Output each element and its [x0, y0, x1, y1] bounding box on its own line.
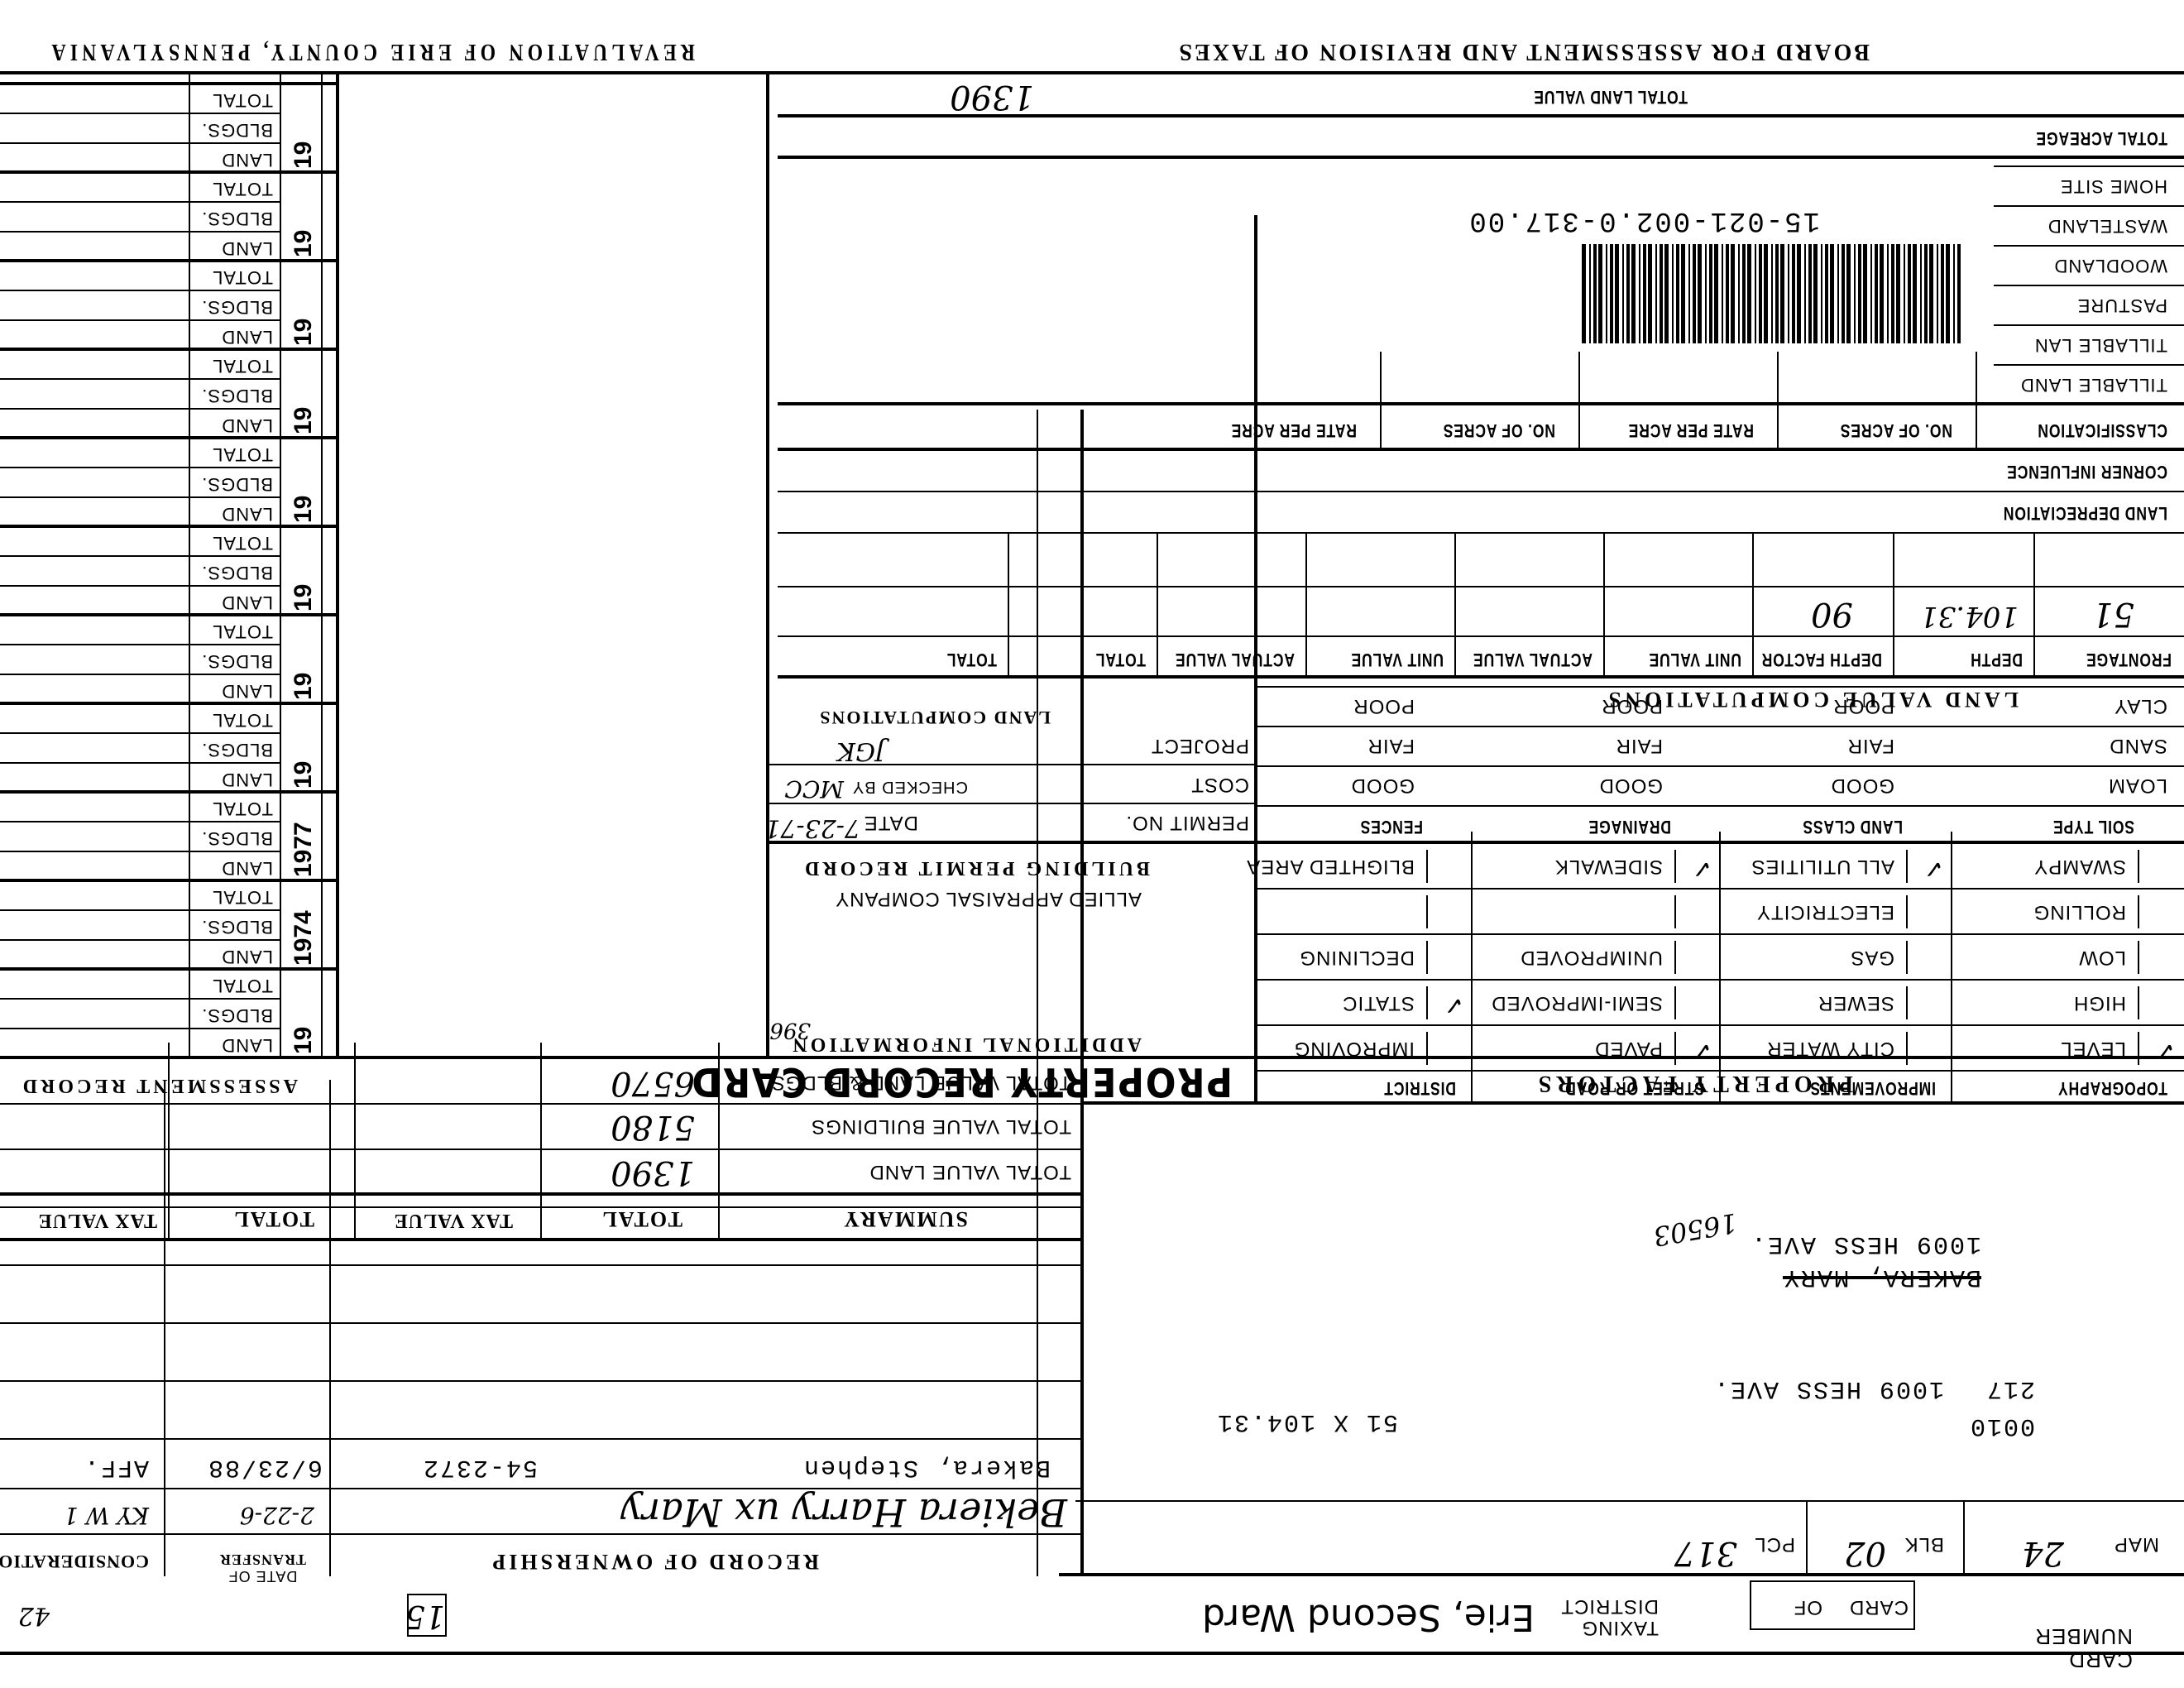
card-overlay: [0, 0, 2184, 1688]
